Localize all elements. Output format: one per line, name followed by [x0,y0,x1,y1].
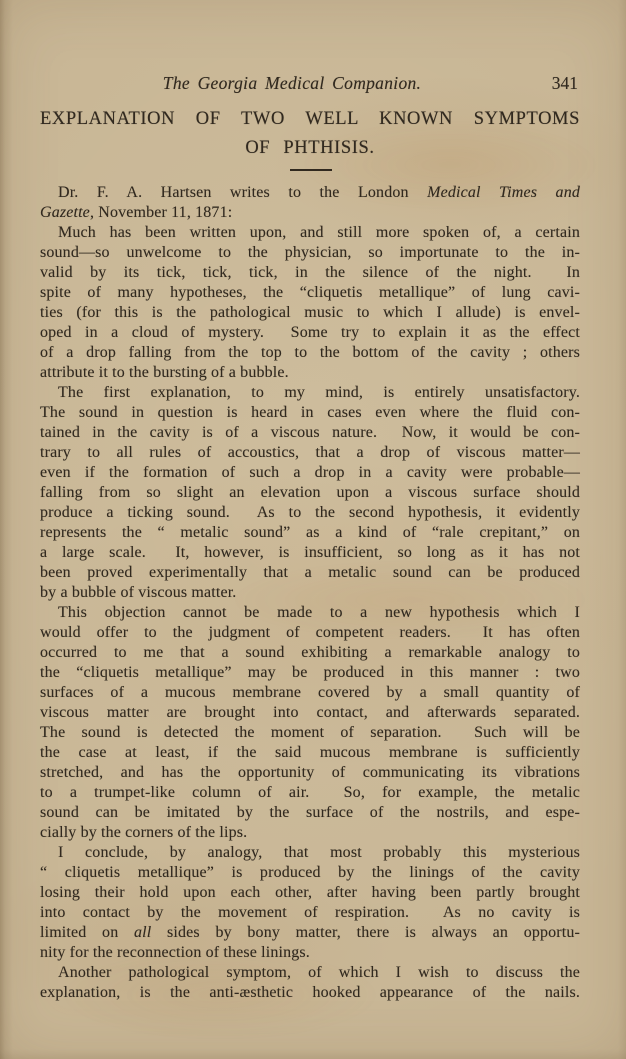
text-run: attribute it to the bursting of a bubble… [40,364,289,381]
text-line: limited on all sides by bony matter, the… [40,923,580,943]
text-line: The first explanation, to my mind, is en… [40,383,580,403]
text-line: oped in a cloud of mystery. Some try to … [40,323,580,343]
text-line: Much has been written upon, and still mo… [40,223,580,243]
text-run: sound can be imitated by the surface of … [40,804,580,821]
running-header: The Georgia Medical Companion. 341 [40,73,580,95]
paragraph: I conclude, by analogy, that most probab… [40,843,580,963]
text-run: valid by its tick, tick, tick, in the si… [40,264,580,281]
text-line: attribute it to the bursting of a bubble… [40,363,580,383]
text-run: into contact by the movement of respirat… [40,904,580,921]
text-line: trary to all rules of accoustics, that a… [40,443,580,463]
text-run: sides by bony matter, there is always an… [151,924,580,941]
paragraph: Another pathological symptom, of which I… [40,963,580,1003]
text-run: oped in a cloud of mystery. Some try to … [40,324,580,341]
text-run: Gazette [40,204,90,221]
text-run: Much has been written upon, and still mo… [58,224,580,241]
text-line: spite of many hypotheses, the “cliquetis… [40,283,580,303]
text-line: even if the formation of such a drop in … [40,463,580,483]
text-line: ties (for this is the pathological music… [40,303,580,323]
article-body: Dr. F. A. Hartsen writes to the London M… [40,183,580,1003]
text-run: a large scale. It, however, is insuffici… [40,544,580,561]
text-run: trary to all rules of accoustics, that a… [40,444,580,461]
text-run: the case at least, if the said mucous me… [40,744,580,761]
text-line: tained in the cavity is of a viscous nat… [40,423,580,443]
text-line: nity for the reconnection of these linin… [40,943,580,963]
page-number: 341 [552,73,578,94]
text-line: This objection cannot be made to a new h… [40,603,580,623]
text-run: viscous matter are brought into contact,… [40,704,580,721]
text-line: The sound is detected the moment of sepa… [40,723,580,743]
text-line: valid by its tick, tick, tick, in the si… [40,263,580,283]
text-line: to a trumpet-like column of air. So, for… [40,783,580,803]
text-line: the “cliquetis metallique” may be produc… [40,663,580,683]
text-line: the case at least, if the said mucous me… [40,743,580,763]
text-run: would offer to the judgment of competent… [40,624,580,641]
text-run: tained in the cavity is of a viscous nat… [40,424,580,441]
text-run: The sound in question is heard in cases … [40,404,580,421]
text-run: sound—so unwelcome to the physician, so … [40,244,580,261]
paragraph: The first explanation, to my mind, is en… [40,383,580,603]
text-line: Dr. F. A. Hartsen writes to the London M… [40,183,580,203]
paragraph: Much has been written upon, and still mo… [40,223,580,383]
text-run: Dr. F. A. Hartsen writes to the London [58,184,427,201]
text-line: falling from so slight an elevation upon… [40,483,580,503]
text-run: Medical Times and [427,184,580,201]
text-line: of a drop falling from the top to the bo… [40,343,580,363]
text-line: would offer to the judgment of competent… [40,623,580,643]
text-line: Another pathological symptom, of which I… [40,963,580,983]
text-line: been proved experimentally that a metali… [40,563,580,583]
text-run: of a drop falling from the top to the bo… [40,344,580,361]
text-run: all [134,924,151,941]
text-line: Gazette, November 11, 1871: [40,203,580,223]
text-run: cially by the corners of the lips. [40,824,247,841]
text-line: produce a ticking sound. As to the secon… [40,503,580,523]
text-run: falling from so slight an elevation upon… [40,484,580,501]
article-title-line2: OF PHTHISIS. [40,138,580,159]
text-line: losing their hold upon each other, after… [40,883,580,903]
text-line: surfaces of a mucous membrane covered by… [40,683,580,703]
article-title-line1: EXPLANATION OF TWO WELL KNOWN SYMPTOMS [40,109,580,130]
divider-rule [290,169,332,171]
text-run: The sound is detected the moment of sepa… [40,724,580,741]
text-run: losing their hold upon each other, after… [40,884,580,901]
text-run: spite of many hypotheses, the “cliquetis… [40,284,580,301]
text-run: , November 11, 1871: [90,204,232,221]
text-line: I conclude, by analogy, that most probab… [40,843,580,863]
text-line: “ cliquetis metallique” is produced by t… [40,863,580,883]
text-run: to a trumpet-like column of air. So, for… [40,784,580,801]
text-run: the “cliquetis metallique” may be produc… [40,664,580,681]
text-line: The sound in question is heard in cases … [40,403,580,423]
journal-title: The Georgia Medical Companion. [22,73,562,94]
text-line: a large scale. It, however, is insuffici… [40,543,580,563]
text-run: Another pathological symptom, of which I… [58,964,580,981]
text-run: “ cliquetis metallique” is produced by t… [40,864,580,881]
text-line: represents the “ metalic sound” as a kin… [40,523,580,543]
paragraph: Dr. F. A. Hartsen writes to the London M… [40,183,580,223]
article-title: EXPLANATION OF TWO WELL KNOWN SYMPTOMS O… [40,109,580,159]
text-run: by a bubble of viscous matter. [40,584,236,601]
text-line: sound—so unwelcome to the physician, so … [40,243,580,263]
text-line: viscous matter are brought into contact,… [40,703,580,723]
text-run: even if the formation of such a drop in … [40,464,580,481]
text-run: I conclude, by analogy, that most probab… [58,844,580,861]
text-run: explanation, is the anti-æsthetic hooked… [40,984,580,1001]
text-line: into contact by the movement of respirat… [40,903,580,923]
text-run: represents the “ metalic sound” as a kin… [40,524,580,541]
book-page: The Georgia Medical Companion. 341 EXPLA… [0,0,626,1059]
text-run: ties (for this is the pathological music… [40,304,580,321]
text-run: occurred to me that a sound exhibiting a… [40,644,580,661]
text-run: surfaces of a mucous membrane covered by… [40,684,580,701]
text-line: explanation, is the anti-æsthetic hooked… [40,983,580,1003]
text-run: been proved experimentally that a metali… [40,564,580,581]
text-run: limited on [40,924,134,941]
text-line: stretched, and has the opportunity of co… [40,763,580,783]
text-run: stretched, and has the opportunity of co… [40,764,580,781]
text-line: cially by the corners of the lips. [40,823,580,843]
paragraph: This objection cannot be made to a new h… [40,603,580,843]
text-run: The first explanation, to my mind, is en… [58,384,580,401]
text-line: sound can be imitated by the surface of … [40,803,580,823]
text-line: occurred to me that a sound exhibiting a… [40,643,580,663]
text-line: by a bubble of viscous matter. [40,583,580,603]
text-run: This objection cannot be made to a new h… [58,604,580,621]
text-run: nity for the reconnection of these linin… [40,944,310,961]
text-run: produce a ticking sound. As to the secon… [40,504,580,521]
